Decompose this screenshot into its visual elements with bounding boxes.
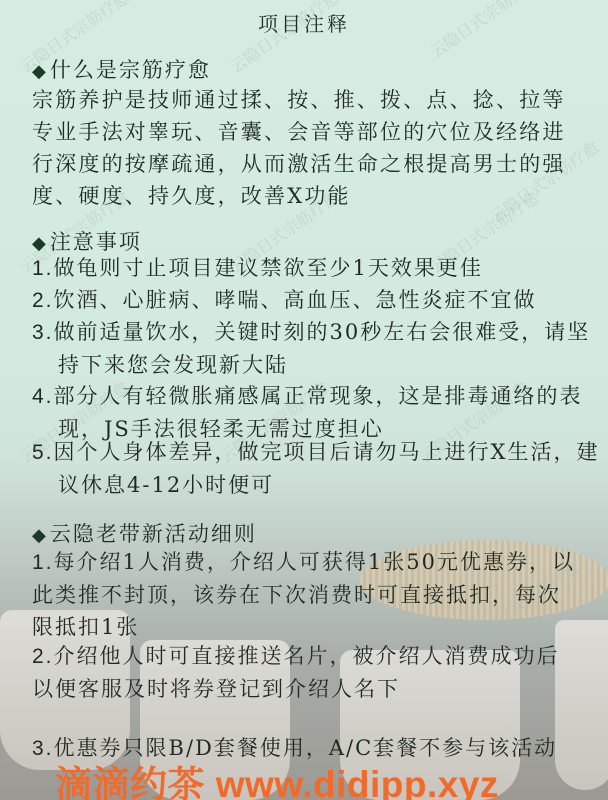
item-number: 5. [32,441,54,464]
item-text: 每介绍1人消费，介绍人可获得1张50元优惠券，以此类推不封顶，该券在下次消费时可… [32,550,575,639]
diamond-bullet-icon: ◆ [32,233,48,254]
item-text: 做龟则寸止项目建议禁欲至少1天效果更佳 [54,256,483,280]
section-heading-text: 什么是宗筋疗愈 [50,58,211,82]
page-title: 项目注释 [0,8,608,37]
item-number: 1. [32,551,54,574]
item-text: 介绍他人时可直接推送名片，被介绍人消费成功后以便客服及时将券登记到介绍人名下 [32,644,560,701]
item-number: 4. [32,385,54,408]
list-item: 2.介绍他人时可直接推送名片，被介绍人消费成功后以便客服及时将券登记到介绍人名下 [32,640,577,705]
item-text: 部分人有轻微胀痛感属正常现象，这是排毒通络的表现，JS手法很轻柔无需过度担心 [54,384,583,441]
list-item: 3.做前适量饮水，关键时刻的30秒左右会很难受，请坚持下来您会发现新大陆 [32,316,603,381]
diamond-bullet-icon: ◆ [32,61,48,82]
list-item: 1.每介绍1人消费，介绍人可获得1张50元优惠券，以此类推不封顶，该券在下次消费… [32,546,577,643]
section-heading: ◆云隐老带新活动细则 [32,518,257,548]
item-text: 因个人身体差异，做完项目后请勿马上进行X生活，建议休息4-12小时便可 [54,440,600,497]
section-body: 宗筋养护是技师通过揉、按、推、拨、点、捻、拉等专业手法对睾玩、音囊、会音等部位的… [32,84,572,212]
item-number: 2. [32,645,54,668]
section-heading-text: 注意事项 [50,230,142,254]
item-text: 做前适量饮水，关键时刻的30秒左右会很难受，请坚持下来您会发现新大陆 [54,320,591,377]
item-number: 1. [32,257,54,280]
list-item: 5.因个人身体差异，做完项目后请勿马上进行X生活，建议休息4-12小时便可 [32,436,603,501]
section-heading-text: 云隐老带新活动细则 [50,522,257,546]
list-item: 2.饮酒、心脏病、哮喘、高血压、急性炎症不宜做 [32,284,603,317]
list-item: 1.做龟则寸止项目建议禁欲至少1天效果更佳 [32,252,603,285]
section-heading: ◆什么是宗筋疗愈 [32,54,211,84]
item-number: 2. [32,289,54,312]
overlay-url-watermark: 滴滴约茶 www.didipp.xyz [55,754,499,800]
item-number: 3. [32,737,54,760]
item-text: 饮酒、心脏病、哮喘、高血压、急性炎症不宜做 [54,288,537,312]
item-number: 3. [32,321,54,344]
diamond-bullet-icon: ◆ [32,525,48,546]
